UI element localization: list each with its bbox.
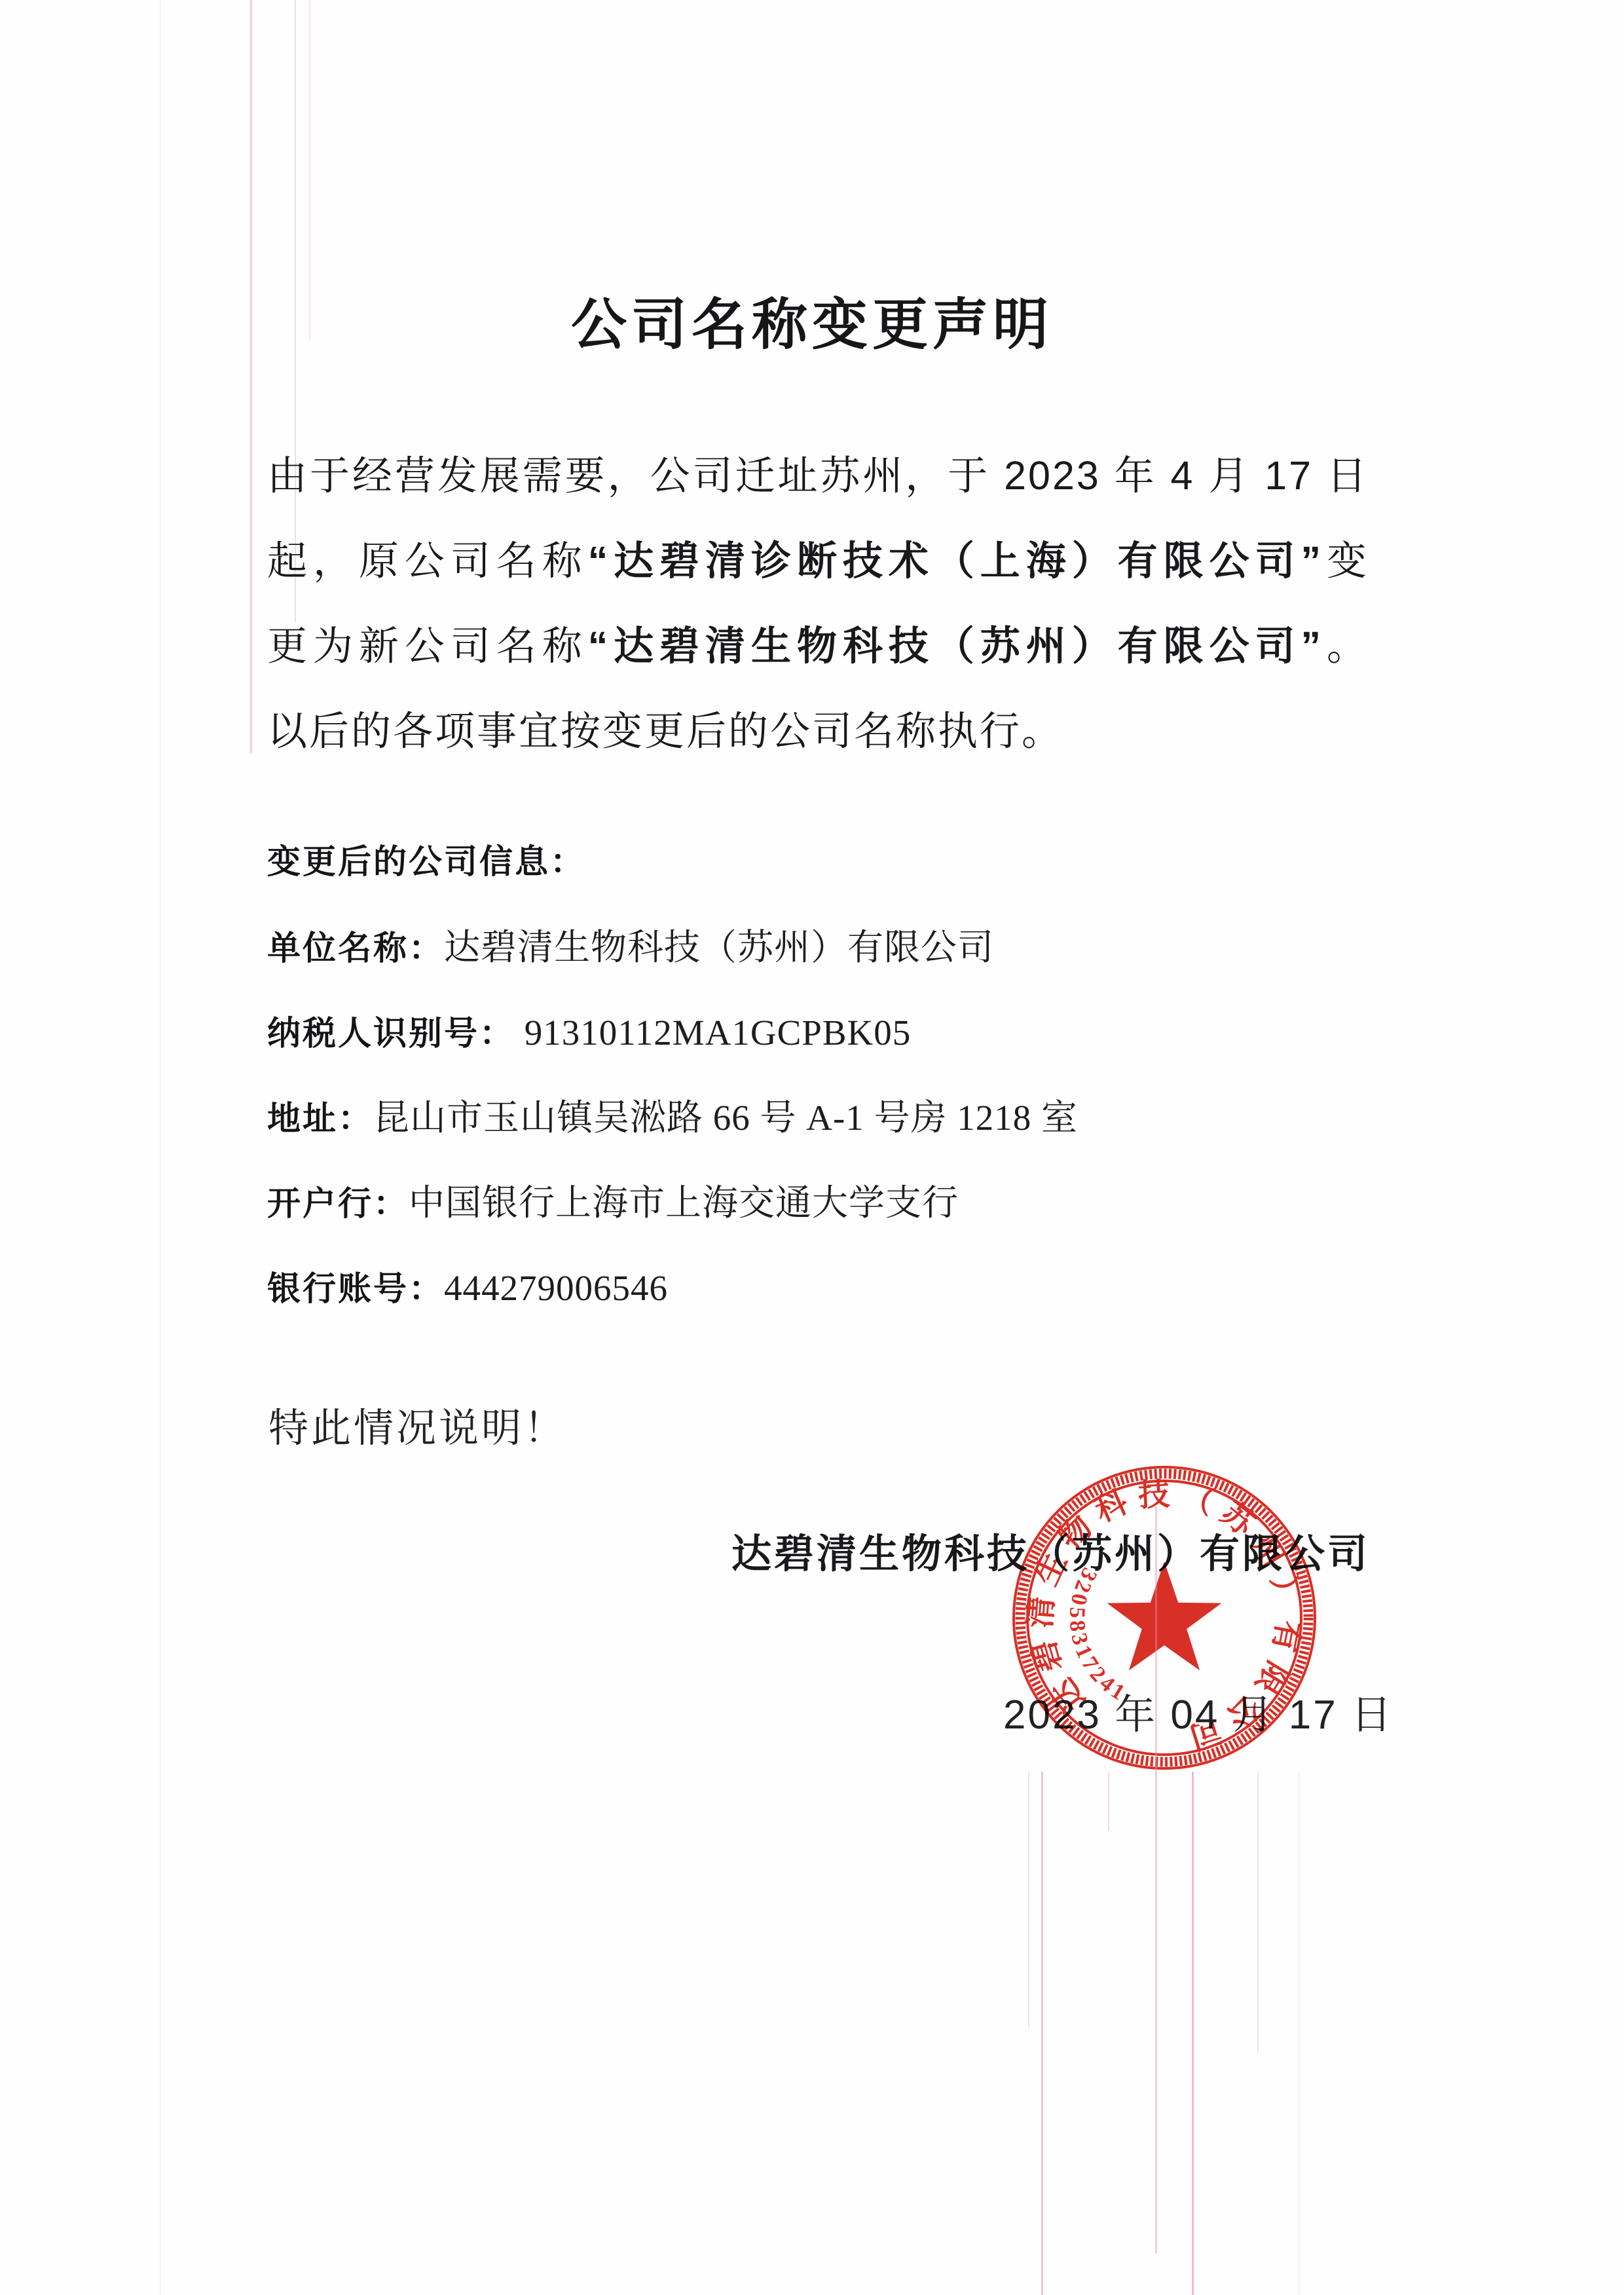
company-info-section: 变更后的公司信息： 单位名称：达碧清生物科技（苏州）有限公司 纳税人识别号： 9… xyxy=(267,820,1369,1331)
seal-ink-drip xyxy=(1108,1772,1109,1831)
paragraph-line: 更为新公司名称“达碧清生物科技（苏州）有限公司”。 xyxy=(267,603,1369,688)
info-label: 单位名称： xyxy=(267,931,444,967)
info-row-bank: 开户行：中国银行上海市上海交通大学支行 xyxy=(267,1161,1369,1246)
info-heading-row: 变更后的公司信息： xyxy=(267,820,1369,905)
info-row-account: 银行账号：444279006546 xyxy=(267,1246,1369,1331)
seal-ink-drip xyxy=(1257,1772,1259,2053)
seal-ink-drip xyxy=(1192,1772,1194,2295)
body-paragraph: 由于经营发展需要，公司迁址苏州，于 2023 年 4 月 17 日 起，原公司名… xyxy=(267,433,1369,774)
paragraph-text: 更为新公司名称 xyxy=(267,624,588,668)
seal-ink-drip xyxy=(1028,1772,1029,2027)
info-row-address: 地址：昆山市玉山镇吴淞路 66 号 A-1 号房 1218 室 xyxy=(267,1075,1369,1161)
paragraph-text: 由于经营发展需要，公司迁址苏州，于 2023 年 4 月 17 日 xyxy=(267,453,1369,498)
info-row-tax-id: 纳税人识别号： 91310112MA1GCPBK05 xyxy=(267,990,1369,1075)
paragraph-text: 变 xyxy=(1323,538,1369,583)
paragraph-line: 由于经营发展需要，公司迁址苏州，于 2023 年 4 月 17 日 xyxy=(267,433,1369,518)
info-value: 达碧清生物科技（苏州）有限公司 xyxy=(444,927,994,967)
info-value: 昆山市玉山镇吴淞路 66 号 A-1 号房 1218 室 xyxy=(373,1098,1078,1138)
info-label: 开户行： xyxy=(267,1186,409,1223)
paragraph-line: 以后的各项事宜按变更后的公司名称执行。 xyxy=(267,688,1369,774)
scanned-document-page: 公司名称变更声明 由于经营发展需要，公司迁址苏州，于 2023 年 4 月 17… xyxy=(0,0,1624,2295)
info-value: 444279006546 xyxy=(444,1268,668,1308)
info-value: 中国银行上海市上海交通大学支行 xyxy=(409,1183,959,1223)
paragraph-text: 。 xyxy=(1323,624,1369,668)
company-seal: 达碧清生物科技（苏州）有限公司 32058317241 xyxy=(1007,1461,1321,1775)
company-name-new-bold: “达碧清生物科技（苏州）有限公司” xyxy=(588,624,1323,668)
paragraph-text: 以后的各项事宜按变更后的公司名称执行。 xyxy=(267,709,1063,753)
info-label: 银行账号： xyxy=(267,1271,444,1308)
info-value: 91310112MA1GCPBK05 xyxy=(515,1013,911,1053)
scan-artifact-line xyxy=(250,0,252,753)
closing-statement: 特此情况说明！ xyxy=(268,1396,566,1453)
info-label: 纳税人识别号： xyxy=(267,1016,515,1053)
info-heading: 变更后的公司信息： xyxy=(267,844,585,881)
info-label: 地址： xyxy=(267,1101,373,1138)
seal-ink-drip xyxy=(1299,1772,1300,2295)
company-name-old-bold: “达碧清诊断技术（上海）有限公司” xyxy=(588,538,1323,583)
paragraph-line: 起，原公司名称“达碧清诊断技术（上海）有限公司”变 xyxy=(267,518,1369,603)
page-title: 公司名称变更声明 xyxy=(0,280,1624,360)
paragraph-text: 起，原公司名称 xyxy=(267,538,588,583)
info-row-company-name: 单位名称：达碧清生物科技（苏州）有限公司 xyxy=(267,905,1369,990)
seal-ink-drip xyxy=(1041,1772,1043,2295)
seal-star-icon xyxy=(1107,1561,1222,1670)
